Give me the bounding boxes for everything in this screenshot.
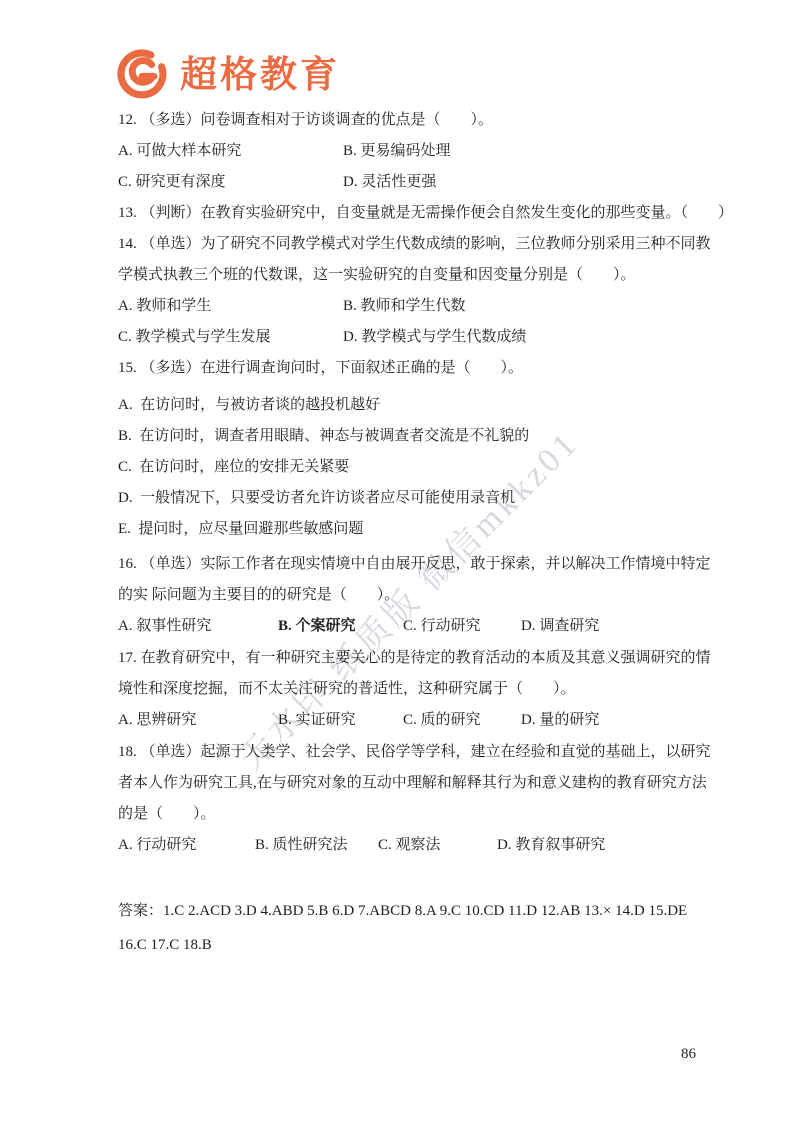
question-16-stem-line2: 的实 际问题为主要目的的研究是（ ）。 [118, 580, 690, 611]
q16-option-b: B. 个案研究 [278, 611, 403, 642]
document-page: 超格教育 无水印 纸质版 微信mkkz01 12. （多选）问卷调查相对于访谈调… [0, 0, 804, 1137]
q14-option-c: C. 教学模式与学生发展 [118, 322, 343, 353]
question-15-stem: 15. （多选）在进行调查询问时，下面叙述正确的是（ ）。 [118, 353, 690, 384]
q15-option-c: C. 在访问时，座位的安排无关紧要 [118, 452, 690, 483]
q14-option-d: D. 教学模式与学生代数成绩 [343, 322, 526, 353]
q16-option-d: D. 调查研究 [521, 611, 599, 642]
question-16-stem-line1: 16. （单选）实际工作者在现实情境中自由展开反思，敢于探索，并以解决工作情境中… [118, 549, 690, 580]
q12-option-a: A. 可做大样本研究 [118, 136, 343, 167]
q17-option-a: A. 思辨研究 [118, 705, 278, 736]
question-16-options-row: A. 叙事性研究 B. 个案研究 C. 行动研究 D. 调查研究 [118, 611, 690, 642]
question-14-options-row-1: A. 教师和学生 B. 教师和学生代数 [118, 291, 690, 322]
q12-option-d: D. 灵活性更强 [343, 167, 436, 198]
question-13-stem: 13. （判断）在教育实验研究中，自变量就是无需操作便会自然发生变化的那些变量。… [118, 198, 690, 229]
question-18-stem-line3: 的是（ ）。 [118, 799, 690, 830]
question-14-options-row-2: C. 教学模式与学生发展 D. 教学模式与学生代数成绩 [118, 322, 690, 353]
question-17-stem-line1: 17. 在教育研究中，有一种研究主要关心的是待定的教育活动的本质及其意义强调研究… [118, 643, 690, 674]
q16-option-c: C. 行动研究 [403, 611, 521, 642]
question-18-stem-line1: 18. （单选）起源于人类学、社会学、民俗学等学科，建立在经验和直觉的基础上，以… [118, 737, 690, 768]
brand-logo-icon [113, 45, 171, 103]
q17-option-d: D. 量的研究 [521, 705, 599, 736]
question-12-options-row-2: C. 研究更有深度 D. 灵活性更强 [118, 167, 690, 198]
brand-name: 超格教育 [180, 56, 340, 93]
q18-option-d: D. 教育叙事研究 [497, 830, 605, 861]
q15-option-e: E. 提问时，应尽量回避那些敏感问题 [118, 514, 690, 545]
question-17-options-row: A. 思辨研究 B. 实证研究 C. 质的研究 D. 量的研究 [118, 705, 690, 736]
q12-option-b: B. 更易编码处理 [343, 136, 451, 167]
question-12-options-row-1: A. 可做大样本研究 B. 更易编码处理 [118, 136, 690, 167]
question-18-stem-line2: 者本人作为研究工具,在与研究对象的互动中理解和解释其行为和意义建构的教育研究方法 [118, 768, 690, 799]
answer-key-line1: 答案：1.C 2.ACD 3.D 4.ABD 5.B 6.D 7.ABCD 8.… [118, 896, 690, 927]
q18-option-a: A. 行动研究 [118, 830, 255, 861]
page-number: 86 [681, 1046, 696, 1063]
q18-option-b: B. 质性研究法 [255, 830, 378, 861]
q16-option-a: A. 叙事性研究 [118, 611, 278, 642]
q12-option-c: C. 研究更有深度 [118, 167, 343, 198]
answer-key-line2: 16.C 17.C 18.B [118, 930, 690, 961]
q17-option-b: B. 实证研究 [278, 705, 403, 736]
question-14-stem-line1: 14. （单选）为了研究不同教学模式对学生代数成绩的影响，三位教师分别采用三种不… [118, 229, 690, 260]
q15-option-a: A. 在访问时，与被访者谈的越投机越好 [118, 390, 690, 421]
question-14-stem-line2: 学模式执教三个班的代数课，这一实验研究的自变量和因变量分别是（ ）。 [118, 260, 690, 291]
q15-option-b: B. 在访问时，调查者用眼睛、神态与被调查者交流是不礼貌的 [118, 421, 690, 452]
question-18-options-row: A. 行动研究 B. 质性研究法 C. 观察法 D. 教育叙事研究 [118, 830, 690, 861]
question-12-stem: 12. （多选）问卷调查相对于访谈调查的优点是（ ）。 [118, 105, 690, 136]
q15-option-d: D. 一般情况下，只要受访者允许访谈者应尽可能使用录音机 [118, 483, 690, 514]
q17-option-c: C. 质的研究 [403, 705, 521, 736]
q18-option-c: C. 观察法 [378, 830, 497, 861]
question-sheet: 12. （多选）问卷调查相对于访谈调查的优点是（ ）。 A. 可做大样本研究 B… [118, 105, 690, 961]
q14-option-b: B. 教师和学生代数 [343, 291, 466, 322]
q14-option-a: A. 教师和学生 [118, 291, 343, 322]
brand-header: 超格教育 [113, 45, 340, 103]
question-17-stem-line2: 境性和深度挖掘，而不太关注研究的普适性，这种研究属于（ ）。 [118, 674, 690, 705]
